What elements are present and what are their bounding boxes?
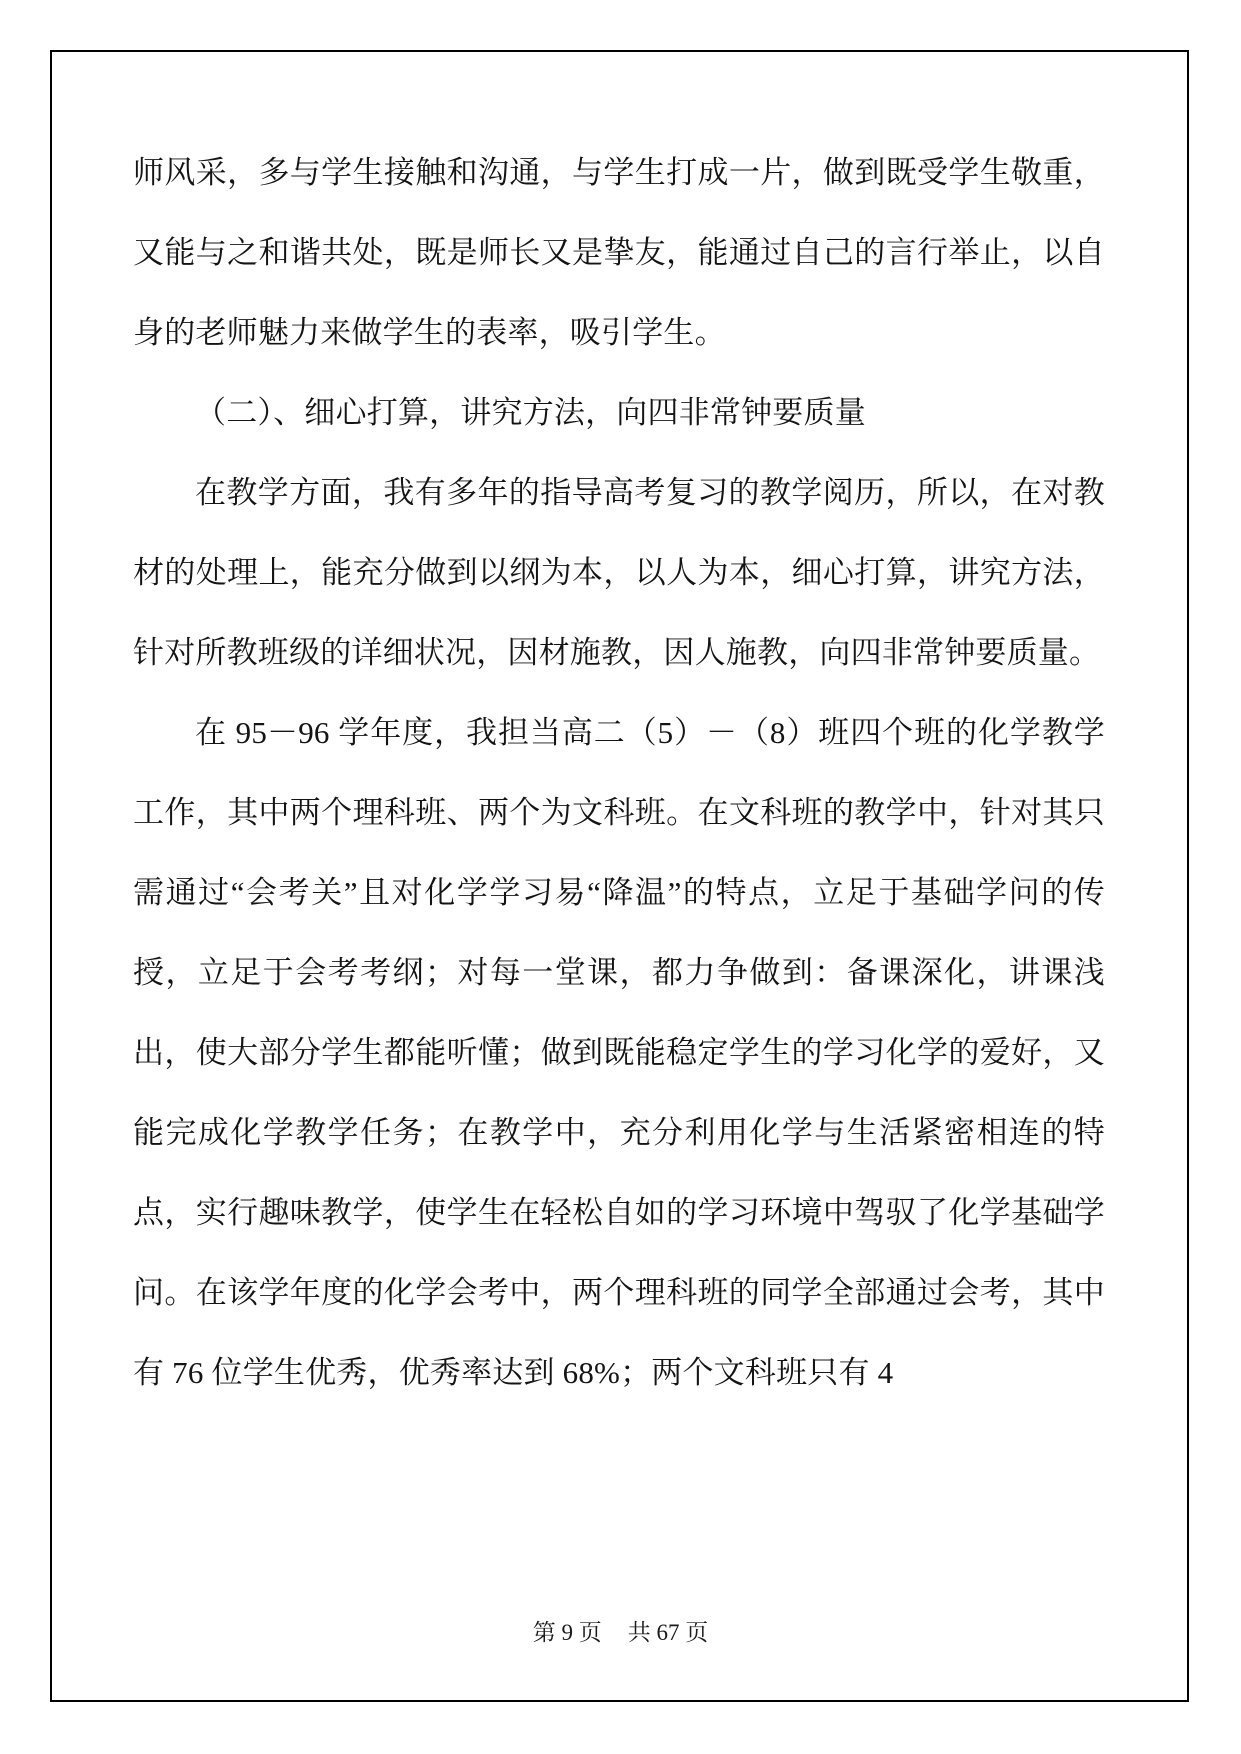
section-heading: （二）、细心打算，讲究方法，向四非常钟要质量 <box>133 373 1105 453</box>
page-number-label: 第 9 页 <box>533 1620 602 1645</box>
paragraph-teaching-overview: 在教学方面，我有多年的指导高考复习的教学阅历，所以，在对教材的处理上，能充分做到… <box>133 453 1105 693</box>
total-pages-label: 共 67 页 <box>628 1620 709 1645</box>
document-body: 师风采，多与学生接触和沟通，与学生打成一片，做到既受学生敬重，又能与之和谐共处，… <box>133 133 1105 1413</box>
paragraph-continuation: 师风采，多与学生接触和沟通，与学生打成一片，做到既受学生敬重，又能与之和谐共处，… <box>133 133 1105 373</box>
paragraph-class-details: 在 95－96 学年度，我担当高二（5）－（8）班四个班的化学教学工作，其中两个… <box>133 693 1105 1413</box>
page-footer: 第 9 页共 67 页 <box>0 1616 1241 1650</box>
